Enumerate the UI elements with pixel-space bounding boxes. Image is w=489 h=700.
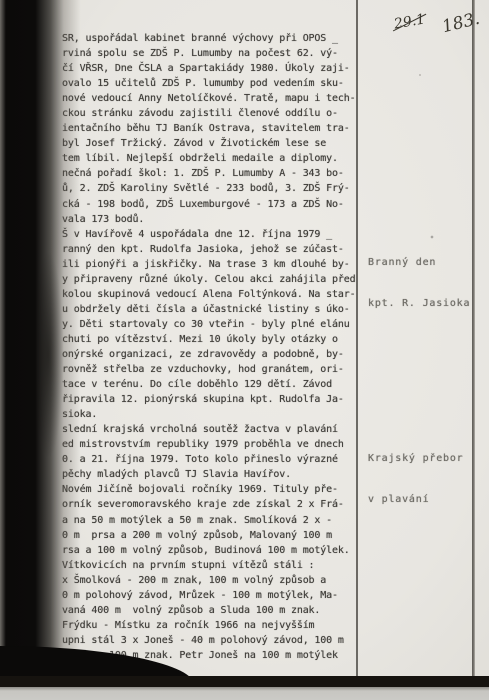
handwritten-new-page-number: 183. (440, 9, 482, 38)
typed-line: upni stál 3 x Joneš - 40 m polohový závo… (62, 633, 356, 648)
margin-note-branny-den: Branný den kpt. R. Jasioka (368, 229, 470, 337)
typed-line: rovněž střelba ze vzduchovky, hod granát… (62, 362, 356, 377)
typed-line: tace v terénu. Do cíle doběhlo 129 dětí.… (62, 377, 356, 392)
handwritten-page-numbers: 29.1 183. (394, 11, 480, 31)
typed-line: ovalo 15 učitelů ZDŠ P. lumumby pod vede… (62, 76, 356, 91)
typed-line: ranný den kpt. Rudolfa Jasioka, jehož se… (62, 242, 356, 257)
typed-line: orník severomoravského kraje zde získal … (62, 497, 356, 512)
typed-line: 0 m polohový závod, Mrůzek - 100 m motýl… (62, 588, 356, 603)
typed-line: Frýdku - Místku za ročník 1966 na nejvyš… (62, 618, 356, 633)
margin-note-line: Branný den (368, 256, 470, 270)
typed-line: čí VŘSR, Dne ČSLA a Spartakiády 1980. Úk… (62, 61, 356, 76)
typed-line: nové vedoucí Anny Netolíčkové. Tratě, ma… (62, 91, 356, 106)
typed-line: Š v Havířově 4 uspořádala dne 12. října … (62, 227, 356, 242)
typed-line: tem líbil. Nejlepší obdrželi medaile a d… (62, 151, 356, 166)
typed-body-text: SR, uspořádal kabinet branné výchovy při… (62, 31, 356, 663)
binding-shadow-blotch (38, 250, 64, 460)
typed-line: onýrské organizaci, ze zdravovědy a podo… (62, 347, 356, 362)
page-bottom-edge (0, 676, 489, 687)
margin-note-line: v plavání (368, 493, 464, 507)
typed-line: u obdržely děti čísla a účastnické listi… (62, 302, 356, 317)
scanned-chronicle-page: 29.1 183. SR, uspořádal kabinet branné v… (0, 0, 489, 700)
typed-line: y připraveny různé úkoly. Celou akci zah… (62, 272, 356, 287)
typed-line: SR, uspořádal kabinet branné výchovy při… (62, 31, 356, 46)
margin-note-line: Krajský přebor (368, 452, 464, 466)
typed-line: ckou stránku závodu zajistili členové od… (62, 106, 356, 121)
typed-line: pěchy mladých plavců TJ Slavia Havířov. (62, 467, 356, 482)
typed-line: nečná pořadí škol: 1. ZDŠ P. Lumumby A -… (62, 166, 356, 181)
typed-line: a na 50 m motýlek a 50 m znak. Smolíková… (62, 513, 356, 528)
page-edge-rule-line (472, 0, 475, 678)
typed-line: rviná spolu se ZDŠ P. Lumumby na počest … (62, 46, 356, 61)
typed-line: Vítkovicích na prvním stupni vítězů stál… (62, 558, 356, 573)
typed-line: rsa a 100 m volný způsob, Budinová 100 m… (62, 543, 356, 558)
typed-line: ed mistrovstvím republiky 1979 proběhla … (62, 437, 356, 452)
typed-line: x Šmolková - 200 m znak, 100 m volný způ… (62, 573, 356, 588)
handwritten-old-page-number: 29.1 (393, 11, 426, 32)
margin-note-line: kpt. R. Jasioka (368, 297, 470, 311)
typed-line: cká - 198 bodů, ZDŠ Luxemburgové - 173 a… (62, 197, 356, 212)
margin-rule-line (356, 0, 358, 678)
typed-line: byl Josef Tržický. Závod v Životickém le… (62, 136, 356, 151)
typed-line: řipravila 12. pionýrská skupina kpt. Rud… (62, 392, 356, 407)
typed-line: ientačního běhu TJ Baník Ostrava, stavit… (62, 121, 356, 136)
typed-line: kolou skupinová vedoucí Alena Foltýnková… (62, 287, 356, 302)
typed-line: ů, 2. ZDŠ Karoliny Světlé - 233 bodů, 3.… (62, 181, 356, 196)
typed-line: chuti po vítězství. Mezi 10 úkoly byly o… (62, 332, 356, 347)
scanner-background-strip (0, 687, 489, 700)
margin-note-krajsky-prebor: Krajský přebor v plavání (368, 425, 464, 533)
typed-line: 0 m prsa a 200 m volný způsob, Malovaný … (62, 528, 356, 543)
typed-line: sioka. (62, 407, 356, 422)
typed-line: y. Děti startovaly co 30 vteřin - byly p… (62, 317, 356, 332)
typed-line: slední krajská vrcholná soutěž žactva v … (62, 422, 356, 437)
typed-line: vala 173 bodů. (62, 212, 356, 227)
typed-line: Novém Jičíně bojovali ročníky 1969. Titu… (62, 482, 356, 497)
typed-line: 0. a 21. října 1979. Toto kolo přineslo … (62, 452, 356, 467)
typed-line: vaná 400 m volný způsob a Sluda 100 m zn… (62, 603, 356, 618)
typed-line: ili pionýři a jiskřičky. Na trase 3 km d… (62, 257, 356, 272)
